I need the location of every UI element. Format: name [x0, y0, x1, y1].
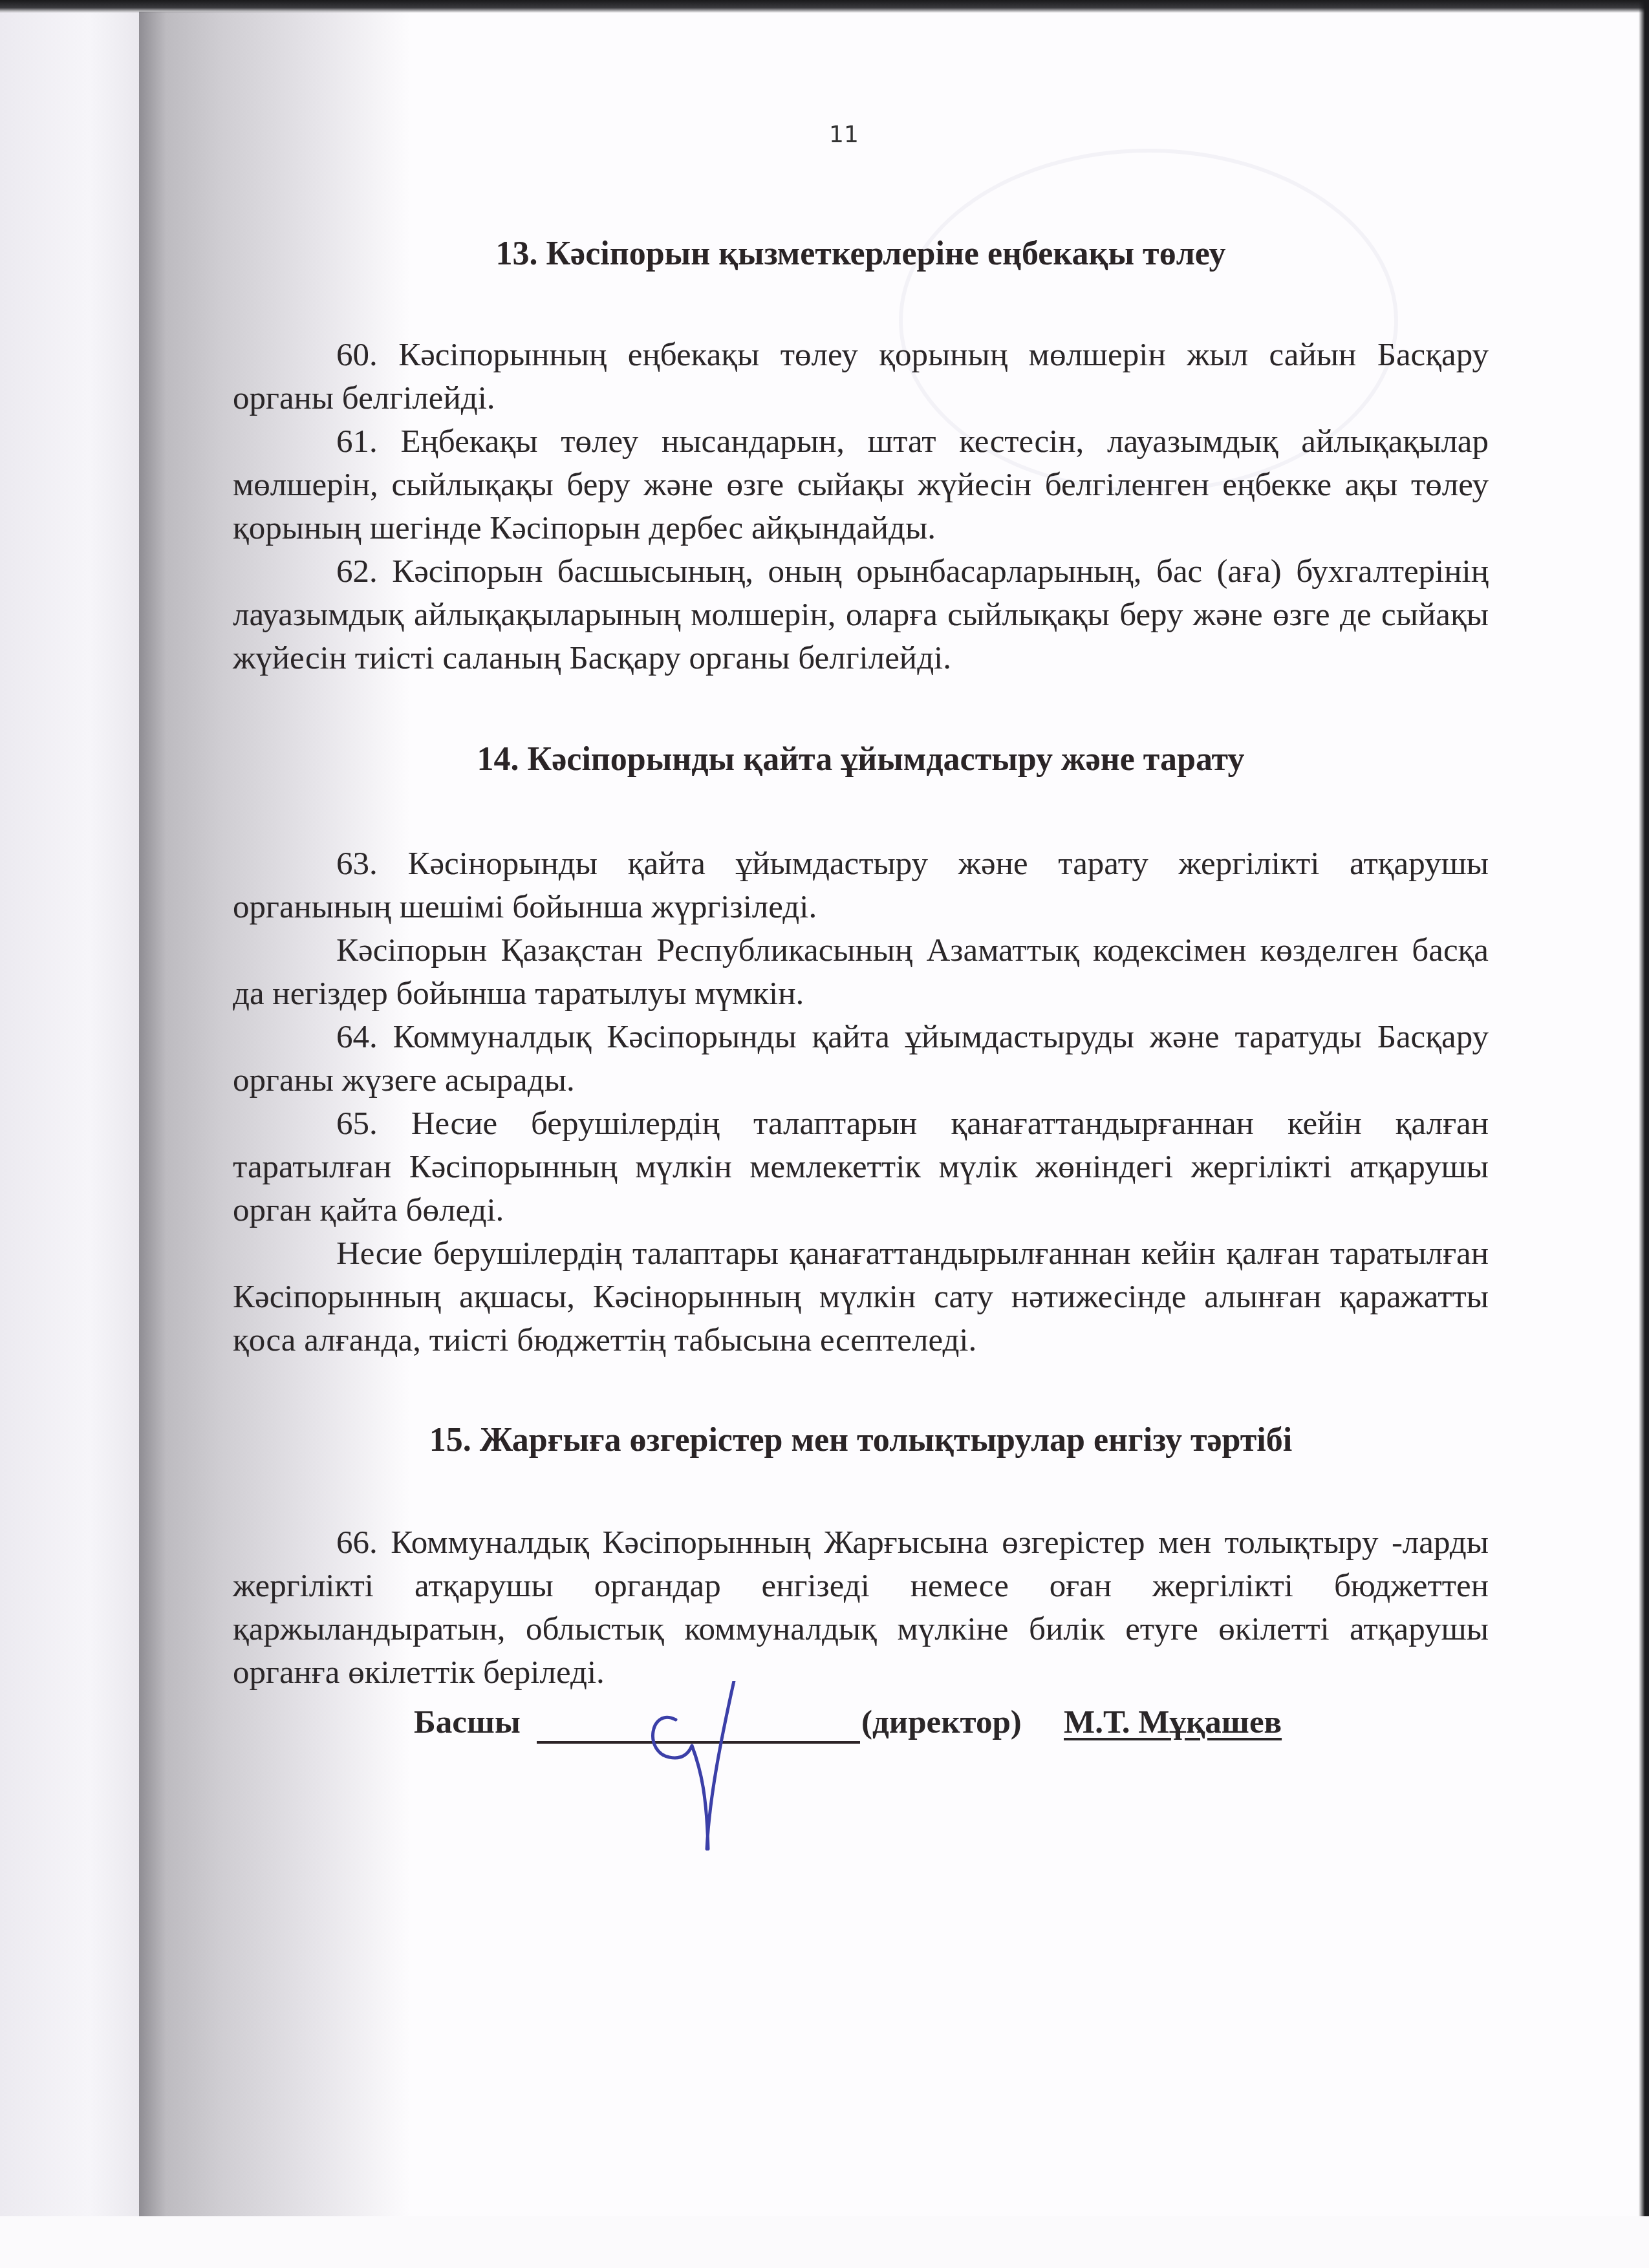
handwritten-signature-icon: [637, 1681, 792, 1894]
section-heading: 15. Жарғыға өзгерістер мен толықтырулар …: [233, 1419, 1489, 1462]
scan-bottom-strip: [0, 2216, 1649, 2268]
paragraph-64: 64. Коммуналдық Кәсіпорынды қайта ұйымда…: [233, 1016, 1489, 1102]
paragraph-62: 62. Кәсіпорын басшысының, оның орынбасар…: [233, 550, 1489, 680]
section-heading: 14. Кәсіпорынды қайта ұйымдастыру және т…: [233, 738, 1489, 781]
page-number: 11: [0, 122, 1649, 148]
signatory-name: М.Т. Мұқашев: [1064, 1704, 1282, 1741]
paragraph-66: 66. Коммуналдық Кәсіпорынның Жарғысына ө…: [233, 1521, 1489, 1695]
paragraph-65-continued: Несие берушілердің талаптары қанағаттанд…: [233, 1232, 1489, 1362]
signature-role: (директор): [861, 1704, 1022, 1741]
section-heading: 13. Кәсіпорын қызметкерлеріне еңбекақы т…: [233, 233, 1489, 275]
signature-block: Басшы (директор) М.Т. Мұқашев: [414, 1704, 1384, 1755]
paragraph-63: 63. Кәсінорынды қайта ұйымдастыру және т…: [233, 842, 1489, 929]
scan-top-border: [0, 0, 1649, 13]
paragraph-65: 65. Несие берушілердің талаптарын қанаға…: [233, 1102, 1489, 1232]
section-15: 15. Жарғыға өзгерістер мен толықтырулар …: [233, 1419, 1489, 1695]
document-body: 13. Кәсіпорын қызметкерлеріне еңбекақы т…: [233, 233, 1489, 1695]
paragraph-63-continued: Кәсіпорын Қазақстан Республикасының Азам…: [233, 929, 1489, 1016]
section-14: 14. Кәсіпорынды қайта ұйымдастыру және т…: [233, 738, 1489, 1362]
scan-right-border: [1639, 0, 1649, 2218]
paragraph-60: 60. Кәсіпорынның еңбекақы төлеу қорының …: [233, 334, 1489, 420]
signature-label: Басшы: [414, 1704, 521, 1741]
facing-page-edge: [0, 12, 149, 2216]
section-13: 13. Кәсіпорын қызметкерлеріне еңбекақы т…: [233, 233, 1489, 680]
paragraph-61: 61. Еңбекақы төлеу нысандарын, штат кест…: [233, 420, 1489, 550]
